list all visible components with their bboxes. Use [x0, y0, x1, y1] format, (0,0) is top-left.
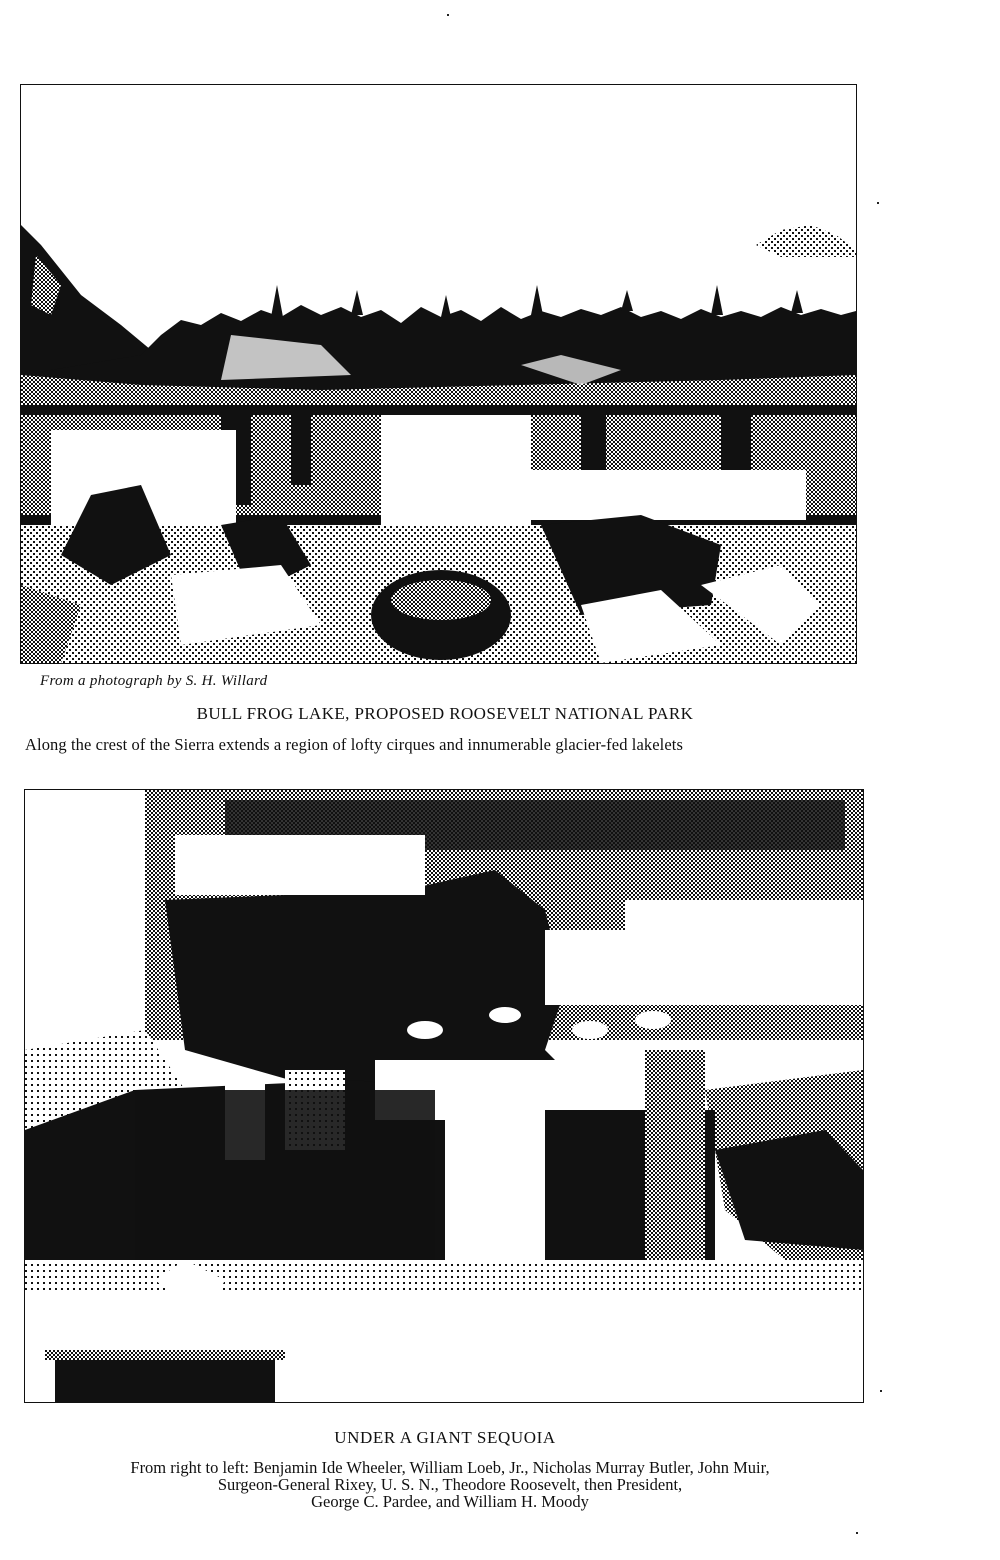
- scan-speck: [880, 1390, 882, 1392]
- bull-frog-lake-photo: [20, 84, 857, 664]
- scan-speck: [447, 14, 449, 16]
- scan-speck: [856, 1532, 858, 1534]
- caption-line-3: George C. Pardee, and William H. Moody: [0, 1493, 900, 1510]
- lake-landscape-image: [21, 85, 856, 663]
- figure-caption-giant-sequoia: From right to left: Benjamin Ide Wheeler…: [0, 1459, 900, 1510]
- giant-sequoia-photo: [24, 789, 864, 1403]
- photo-credit: From a photograph by S. H. Willard: [40, 673, 267, 690]
- figure-title-giant-sequoia: UNDER A GIANT SEQUOIA: [0, 1428, 890, 1448]
- sequoia-group-image: [25, 790, 863, 1402]
- scan-speck: [877, 202, 879, 204]
- caption-line-2: Surgeon-General Rixey, U. S. N., Theodor…: [0, 1476, 900, 1493]
- figure-title-bull-frog-lake: BULL FROG LAKE, PROPOSED ROOSEVELT NATIO…: [0, 704, 890, 724]
- figure-caption-bull-frog-lake: Along the crest of the Sierra extends a …: [25, 735, 683, 755]
- caption-line-1: From right to left: Benjamin Ide Wheeler…: [0, 1459, 900, 1476]
